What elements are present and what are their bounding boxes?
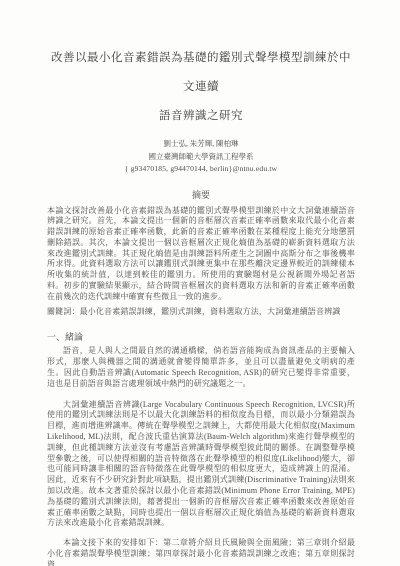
section-1-paragraph-3: 本論文接下來的安排如下：第二章將介紹貝氏風險與全面風險；第三章則介紹最小化音素錯… <box>47 538 355 566</box>
keywords-line: 關鍵詞：最小化音素錯誤訓練，鑑別式訓練，資料選取方法，大詞彙連續語音辨識 <box>47 307 355 318</box>
paper-title-line1: 改善以最小化音素錯誤為基礎的鑑別式聲學模型訓練於中文連續 <box>51 52 351 93</box>
section-1-paragraph-2: 大詞彙連續語音辨識(Large Vocabulary Continuous Sp… <box>47 400 355 530</box>
paper-page: 改善以最小化音素錯誤為基礎的鑑別式聲學模型訓練於中文連續 語音辨識之研究 劉士弘… <box>0 0 400 566</box>
author-emails: { g93470185, g94470144, berlin}@ntnu.edu… <box>47 163 355 176</box>
section-1-heading: 一、緒論 <box>47 330 355 343</box>
paper-title: 改善以最小化音素錯誤為基礎的鑑別式聲學模型訓練於中文連續 語音辨識之研究 <box>47 44 355 131</box>
paper-title-line2: 語音辨識之研究 <box>159 110 243 122</box>
affiliation: 國立臺灣師範大學資訊工程學系 <box>47 151 355 164</box>
section-1-paragraph-1: 語音，是人與人之間最自然的溝通橋樑，倘若語音能夠成為資訊產品的主要輸入形式，那麼… <box>47 346 355 389</box>
byline-block: 劉士弘, 朱芳輝, 陳柏琳 國立臺灣師範大學資訊工程學系 { g93470185… <box>47 138 355 176</box>
abstract-text: 本論文探討改善最小化音素錯誤為基礎的鑑別式聲學模型訓練於中文大詞彙連續語音辨識之… <box>47 206 355 303</box>
abstract-heading: 摘要 <box>47 188 355 201</box>
author-names: 劉士弘, 朱芳輝, 陳柏琳 <box>47 138 355 151</box>
